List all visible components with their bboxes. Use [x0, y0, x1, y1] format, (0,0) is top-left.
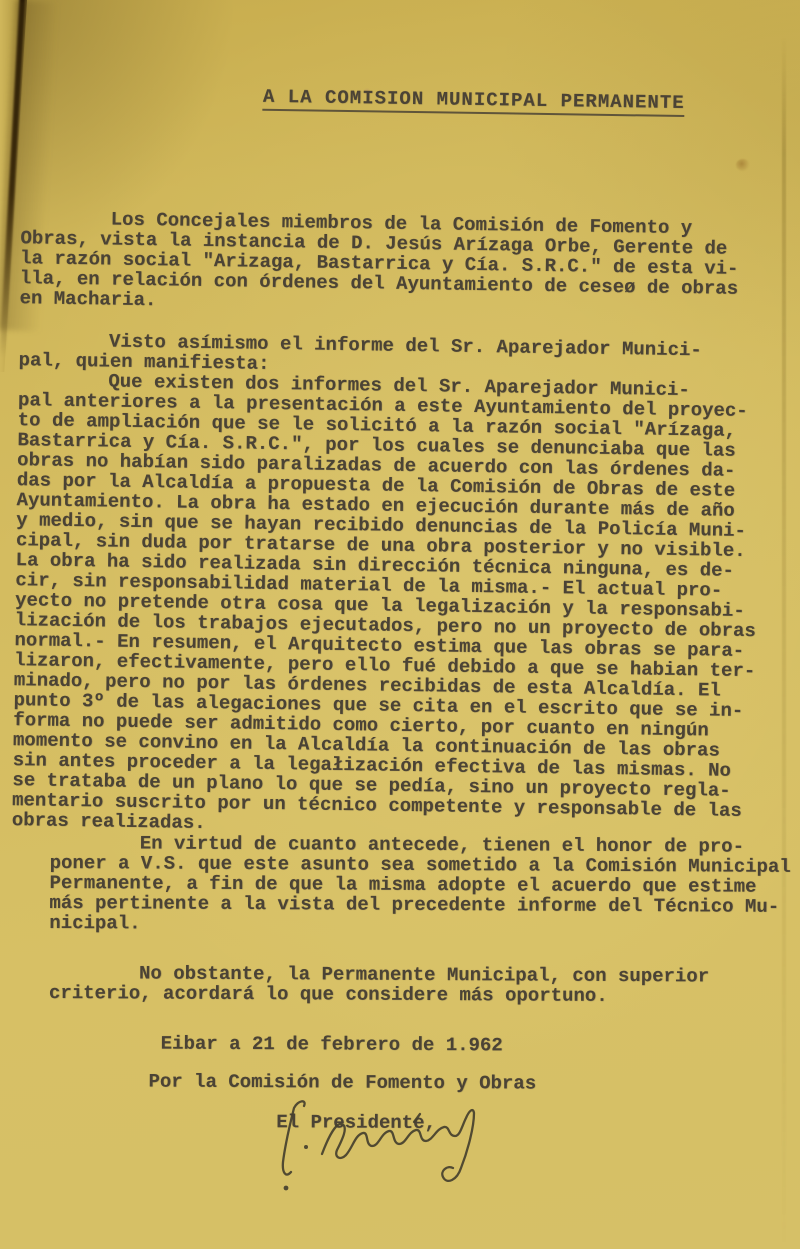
typed-line: más pertinente a la vista del precedente…	[49, 893, 797, 917]
paragraph-3: Que existen dos informes del Sr. Apareja…	[12, 370, 779, 841]
paragraph-4: En virtud de cuanto antecede, tienen el …	[49, 833, 798, 937]
paragraph-5: No obstante, la Permanente Municipal, co…	[49, 963, 797, 1007]
document-photo: A LA COMISION MUNICIPAL PERMANENTE Los C…	[0, 0, 800, 1249]
document-title-text: A LA COMISION MUNICIPAL PERMANENTE	[263, 86, 685, 117]
signature-ink-icon	[238, 1090, 518, 1248]
document-body-upper: A LA COMISION MUNICIPAL PERMANENTE Los C…	[12, 63, 783, 841]
upper-paragraphs: Los Concejales miembros de la Comisión d…	[12, 208, 781, 841]
place-date-line: Eibar a 21 de febrero de 1.962	[161, 1034, 797, 1057]
document-body-lower: En virtud de cuanto antecede, tienen el …	[48, 791, 798, 1135]
paragraph-1: Los Concejales miembros de la Comisión d…	[19, 208, 780, 319]
lower-paragraphs: En virtud de cuanto antecede, tienen el …	[49, 833, 798, 1007]
document-title: A LA COMISION MUNICIPAL PERMANENTE	[188, 66, 783, 135]
signature-handwriting	[238, 1090, 518, 1249]
